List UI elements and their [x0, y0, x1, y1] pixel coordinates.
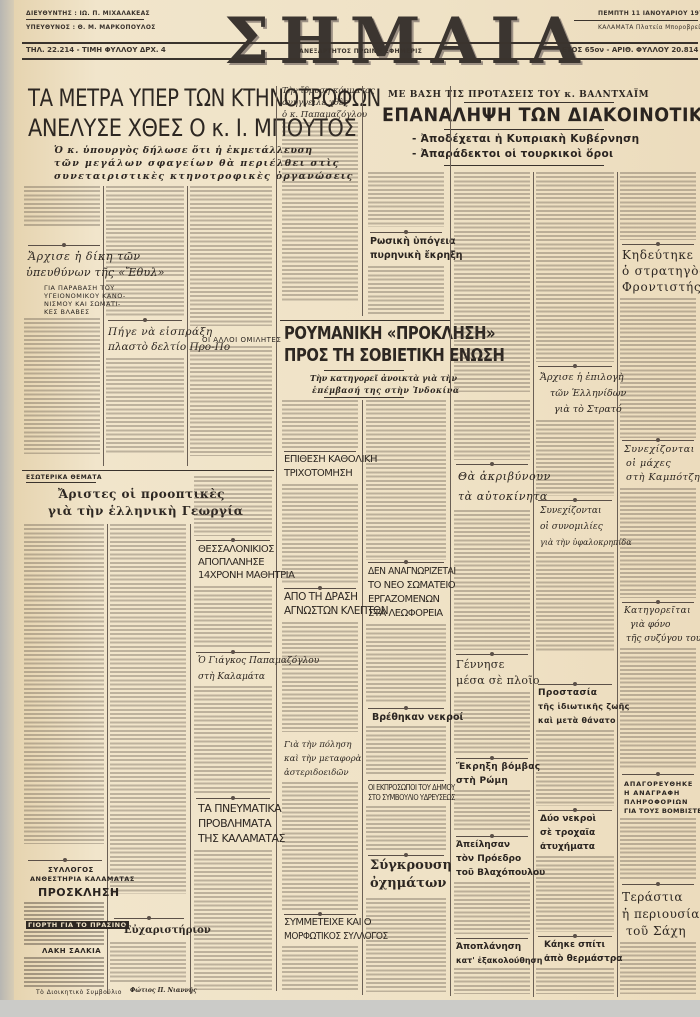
article-body [368, 172, 444, 227]
tagline: ΑΝΕΞΑΡΤΗΤΟΣ ΠΡΩΙΝΗ ΕΦΗΜΕΡΙΣ [299, 48, 422, 55]
women-army-1: Ἄρχισε ἡ ἐπιλογὴ [540, 372, 624, 383]
article-body [282, 622, 358, 732]
masthead-rule [574, 20, 698, 21]
kampotze-headline-3: στὴ Καμπότζη [626, 472, 700, 483]
phone-price: ΤΗΛ. 22.214 - ΤΙΜΗ ΦΥΛΛΟΥ ΔΡΧ. 4 [26, 46, 166, 54]
article-body [620, 298, 696, 438]
burglary-headline-1: ΕΠΙΘΕΣΗ ΚΑΘΟΛΙΚΗ [284, 454, 377, 465]
cyprus-sub-2: - Ἀπαράδεκτοι οἱ τουρκικοὶ ὅροι [412, 148, 613, 160]
kampotze-headline-1: Συνεχίζονται [624, 444, 695, 455]
union-headline-3: ΕΡΓΑΖΟΜΕΝΩΝ [368, 594, 440, 605]
section-separator [622, 884, 694, 885]
article-body [620, 648, 696, 768]
article-body [366, 898, 446, 992]
article-body [620, 818, 696, 880]
section-separator [538, 684, 612, 685]
invitation-signoff: Τὸ Διοικητικὸ Συμβούλιο [36, 989, 122, 996]
student-headline-2: ΑΠΟΠΛΑΝΗΣΕ [198, 557, 264, 568]
article-body [110, 524, 186, 894]
asteroids-headline-3: ἀστεριδοειδῶν [284, 768, 348, 778]
article-body [194, 850, 272, 990]
spiritual-headline-2: ΠΡΟΒΛΗΜΑΤΑ [198, 817, 271, 830]
article-body [366, 400, 446, 560]
article-body [194, 476, 272, 536]
section-separator [108, 320, 182, 321]
threats-headline-3: τοῦ Βλαχόπουλου [456, 868, 545, 878]
article-body [454, 882, 530, 934]
main-deck-1: Ὁ κ. ὑπουργὸς δήλωσε ὅτι ἡ ἐκμετάλλευση [54, 145, 313, 156]
party-founding-1: Τὴν ἴδρυση κόμματος [282, 86, 375, 96]
accidents-headline-3: ἀτυχήματα [540, 842, 595, 852]
section-separator [368, 708, 444, 709]
dead-found-headline: Βρέθηκαν νεκροί [372, 712, 463, 723]
bomb-info-headline-4: ΓΙΑ ΤΟΥΣ ΒΟΜΒΙΣΤΕΣ [624, 807, 700, 815]
article-body [454, 510, 530, 650]
sachs-headline-3: τοῦ Σάχη [626, 924, 686, 938]
article-body [24, 957, 104, 987]
article-body [454, 790, 530, 832]
invitation-event: ΓΙΟΡΤΗ ΓΙΑ ΤΟ ΠΡΑΣΙΝΟ [26, 921, 129, 929]
scanner-background [0, 1000, 700, 1017]
water-reps-headline-2: ΣΤΟ ΣΥΜΒΟΥΛΙΟ ΥΔΡΕΥΣΕΩΣ [368, 793, 455, 802]
article-body [366, 726, 446, 776]
article-body [366, 624, 446, 704]
romania-deck-2: ἐπέμβασή της στὴν Ἰνδοκίνα [312, 385, 460, 395]
article-body [24, 931, 104, 945]
article-body [536, 552, 614, 652]
section-separator [28, 860, 102, 861]
article-body [536, 730, 614, 806]
invitation-title: ΠΡΟΣΚΛΗΣΗ [38, 886, 120, 899]
article-body [282, 946, 358, 992]
asteroids-headline-1: Γιὰ τὴν πόληση [284, 740, 351, 750]
headline-underline [324, 370, 404, 371]
divorce-headline-2: γιὰ φόνο [630, 620, 670, 630]
union-headline-2: ΤΟ ΝΕΟ ΣΩΜΑΤΕΙΟ [368, 580, 455, 591]
article-body [536, 968, 614, 994]
section-separator [196, 652, 270, 653]
article-body [282, 122, 358, 302]
collision-headline-1: Σύγκρουση [370, 858, 452, 873]
section-separator [114, 918, 184, 919]
section-separator [370, 232, 442, 233]
section-separator [368, 562, 444, 563]
article-body [190, 186, 272, 326]
russian-explosion-2: πυρηνικὴ ἔκρηξη [370, 250, 462, 261]
article-body [190, 346, 272, 456]
privacy-headline-1: Προστασία [538, 688, 597, 698]
column-rule [103, 186, 104, 466]
talks-headline-3: γιὰ τὴν ὑφαλοκρηπίδα [540, 538, 632, 547]
column-rule [190, 524, 191, 994]
section-separator [456, 654, 528, 655]
invitation-org-2: ΑΝΘΕΣΤΗΡΙΑ ΚΑΛΑΜΑΤΑΣ [30, 875, 135, 883]
union-headline-1: ΔΕΝ ΑΝΑΓΝΩΡΙΖΕΤΑΙ [368, 566, 456, 577]
section-separator [456, 464, 528, 465]
section-separator [622, 774, 694, 775]
women-army-2: τῶν Ἑλληνίδων [550, 388, 626, 399]
article-body [194, 586, 272, 648]
masthead-top-rule [22, 42, 698, 44]
kampotze-headline-2: οἱ μάχες [626, 458, 671, 469]
divorce-headline-1: Κατηγορεῖται [624, 606, 691, 616]
article-body [106, 358, 184, 454]
burglary-headline-2: ΤΡΙΧΟΤΟΜΗΣΗ [284, 468, 352, 479]
column-rule [276, 86, 277, 991]
section-separator [622, 602, 694, 603]
russian-explosion-1: Ρωσικὴ ὑπόγεια [370, 236, 456, 247]
papamazoglou-kalamata-2: στὴ Καλαμάτα [198, 672, 265, 682]
article-body [620, 942, 696, 994]
section-separator [538, 500, 612, 501]
bomb-info-headline-3: ΠΛΗΡΟΦΟΡΙΩΝ [624, 798, 688, 806]
article-body [454, 400, 530, 460]
section-separator [622, 244, 694, 245]
article-body [24, 902, 104, 920]
newspaper-page: ΔΙΕΥΘΥΝΤΗΣ : ΙΩ. Π. ΜΙΧΑΛΑΚΕΑΣ ΥΠΕΥΘΥΝΟΣ… [14, 0, 700, 1000]
invitation-org-1: ΣΥΛΛΟΓΟΣ [48, 866, 94, 874]
article-body [282, 484, 358, 584]
article-body [24, 186, 100, 226]
accidents-headline-2: σὲ τροχαῖα [540, 828, 595, 838]
section-separator [456, 836, 528, 837]
student-headline-3: 14ΧΡΟΝΗ ΜΑΘΗΤΡΙΑ [198, 570, 294, 581]
party-founding-2: ἀνηγγειλε χθὲς [282, 98, 348, 108]
article-body [536, 420, 614, 496]
kicker-underline [464, 102, 614, 103]
ethyl-headline-2: ὑπευθύνων τῆς «Ἔθυλ» [26, 266, 165, 279]
asteroids-headline-2: καὶ τὴν μεταφορὰ [284, 754, 361, 764]
ethyl-subhead: ΓΙΑ ΠΑΡΑΒΑΣΗ ΤΟΥ [44, 284, 115, 292]
section-separator [368, 780, 444, 781]
cyprus-kicker: ΜΕ ΒΑΣΗ ΤΙΣ ΠΡΟΤΑΣΕΙΣ ΤΟΥ κ. ΒΑΛΝΤΧΑΪΜ [388, 90, 649, 100]
ethyl-subhead: ΚΕΣ ΒΛΑΒΕΣ [44, 308, 90, 316]
bomb-info-headline-1: ΑΠΑΓΟΡΕΥΘΗΚΕ [624, 780, 693, 788]
privacy-headline-3: καὶ μετὰ θάνατο [538, 716, 616, 725]
article-body [24, 524, 104, 844]
women-army-3: γιὰ τὸ Στρατό [554, 404, 622, 415]
column-rule [362, 400, 363, 995]
article-body [106, 280, 184, 316]
column-rule [362, 86, 363, 316]
pao-headline-1: Πήγε νὰ εἰσπράξη [108, 326, 213, 338]
kicker-underline [26, 482, 96, 483]
headline-underline [444, 165, 604, 166]
cars-headline-2: τὰ αὐτοκίνητα [458, 490, 548, 503]
section-separator [456, 938, 528, 939]
editor-credit: ΥΠΕΥΘΥΝΟΣ : Θ. Μ. ΜΑΡΚΟΠΟΥΛΟΣ [26, 24, 156, 31]
page-binding-edge [0, 0, 14, 1000]
section-separator [196, 540, 270, 541]
privacy-headline-2: τῆς ἰδιωτικῆς ζωῆς [538, 702, 630, 711]
cultural-headline-1: ΣΥΜΜΕΤΕΙΧΕ ΚΑΙ Ο [284, 917, 371, 928]
thanks-signature: Φώτιος Π. Νιαννής [130, 987, 197, 994]
union-headline-4: ΣΤΑ ΛΕΩΦΟΡΕΙΑ [368, 608, 443, 619]
cyprus-headline: ΕΠΑΝΑΛΗΨΗ ΤΩΝ ΔΙΑΚΟΙΝΟΤΙΚΩΝ [382, 104, 700, 126]
section-separator [284, 588, 356, 589]
escape-headline-2: κατ' ἐξακολούθηση [456, 956, 542, 965]
section-separator [622, 440, 694, 441]
thieves-headline-1: ΑΠΟ ΤΗ ΔΡΑΣΗ [284, 591, 358, 603]
collision-headline-2: ὀχημάτων [370, 876, 446, 891]
divorce-headline-3: τῆς συζύγου του [626, 634, 700, 644]
sachs-headline-1: Τεράστια [622, 890, 683, 904]
accidents-headline-1: Δύο νεκροὶ [540, 814, 596, 824]
director-credit: ΔΙΕΥΘΥΝΤΗΣ : ΙΩ. Π. ΜΙΧΑΛΑΚΕΑΣ [26, 10, 150, 17]
greenhouse-headline-2: ἀπὸ θερμάστρα [544, 954, 622, 964]
greenhouse-headline-1: Κάηκε σπίτι [544, 940, 605, 950]
section-separator [368, 855, 444, 856]
issue-number: ΕΤΟΣ 65ον - ΑΡΙΘ. ΦΥΛΛΟΥ 20.814 [562, 46, 698, 54]
ethyl-headline-1: Ἄρχισε ἡ δίκη τῶν [28, 250, 141, 263]
threats-headline-2: τὸν Πρόεδρο [456, 854, 521, 864]
section-separator [196, 798, 270, 799]
article-body [620, 172, 696, 240]
section-separator [538, 810, 612, 811]
article-body [366, 806, 446, 852]
romania-deck-1: Τὴν κατηγορεῖ ἀνοικτὰ γιὰ τὴν [310, 373, 457, 383]
talks-headline-2: οἱ συνομιλίες [540, 522, 603, 532]
rome-bomb-headline-1: Ἔκρηξη βόμβας [456, 762, 540, 772]
headline-underline [444, 129, 604, 130]
article-body [536, 172, 614, 362]
publication-location: ΚΑΛΑΜΑΤΑ Πλατεία Μποροβρείζη [598, 24, 700, 31]
cars-headline-1: Θὰ ἀκριβύνουν [458, 470, 551, 483]
student-headline-1: ΘΕΣΣΑΛΟΝΙΚΙΟΣ [198, 544, 274, 555]
section-rule [22, 470, 274, 471]
article-body [110, 942, 186, 984]
frontistis-headline-2: ὁ στρατηγὸς [622, 264, 700, 278]
talks-headline-1: Συνεχίζονται [540, 506, 601, 516]
birth-ship-headline-2: μέσα σὲ πλοῖο [456, 674, 540, 687]
spiritual-headline-1: ΤΑ ΠΝΕΥΜΑΤΙΚΑ [198, 802, 281, 815]
party-founding-3: ὁ κ. Παπαμαζόγλου [282, 110, 367, 120]
article-body [454, 172, 530, 392]
cyprus-sub-1: - Ἀποδέχεται ἡ Κυπριακὴ Κυβέρνηση [412, 133, 639, 145]
article-body [282, 782, 358, 910]
rome-bomb-headline-2: στὴ Ρώμη [456, 776, 508, 786]
frontistis-headline-1: Κηδεύτηκε [622, 248, 694, 262]
bomb-info-headline-2: Η ΑΝΑΓΡΑΦΗ [624, 789, 680, 797]
invitation-name: ΛΑΚΗ ΣΑΛΚΙΑ [42, 947, 101, 955]
issue-date: ΠΕΜΠΤΗ 11 ΙΑΝΟΥΑΡΙΟΥ 1979 [598, 10, 700, 17]
article-body [536, 856, 614, 932]
masthead-bottom-rule [22, 58, 698, 60]
sachs-headline-2: ἡ περιουσία [622, 907, 700, 921]
section-separator [284, 914, 356, 915]
spiritual-headline-3: ΤΗΣ ΚΑΛΑΜΑΤΑΣ [198, 832, 285, 845]
section-separator [538, 936, 612, 937]
section-separator [28, 245, 100, 246]
section-separator [456, 758, 528, 759]
section-separator [284, 451, 356, 452]
masthead-rule [26, 19, 144, 20]
water-reps-headline-1: ΟΙ ΕΚΠΡΟΣΩΠΟΙ ΤΟΥ ΔΗΜΟΥ [368, 783, 455, 792]
threats-headline-1: Ἀπείλησαν [456, 840, 510, 850]
other-speakers-label: ΟΙ ΑΛΛΟΙ ΟΜΙΛΗΤΕΣ [202, 336, 281, 344]
headline-underline [324, 397, 404, 398]
article-body [24, 318, 100, 454]
article-body [282, 400, 358, 448]
domestic-affairs-kicker: ΕΣΩΤΕΡΙΚΑ ΘΕΜΑΤΑ [26, 474, 102, 481]
section-rule [280, 320, 450, 321]
article-body [454, 692, 530, 754]
article-body [194, 686, 272, 794]
escape-headline-1: Ἀποπλάνηση [456, 942, 521, 952]
birth-ship-headline-1: Γέννησε [456, 658, 505, 671]
column-rule [617, 172, 618, 997]
frontistis-headline-3: Φροντιστής [622, 280, 700, 294]
article-body [454, 968, 530, 994]
article-body [368, 266, 444, 316]
section-separator [538, 366, 612, 367]
